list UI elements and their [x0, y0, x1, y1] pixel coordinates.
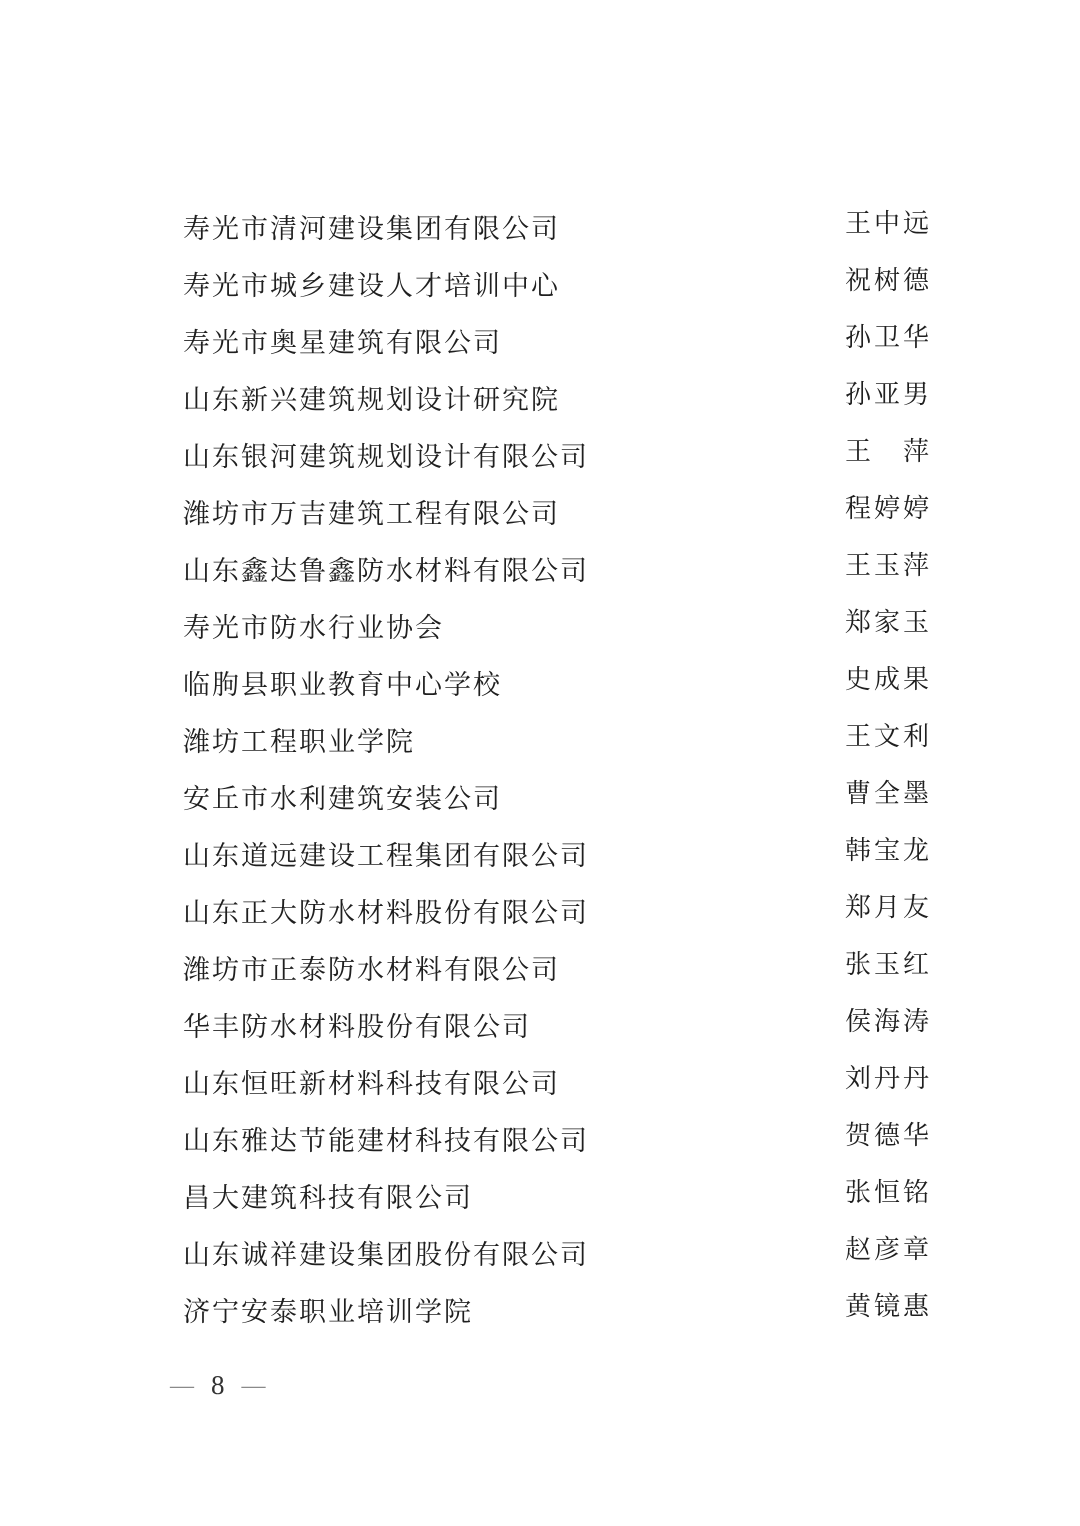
page-number: 8 — [211, 1372, 225, 1399]
list-row: 华丰防水材料股份有限公司 侯海涛 — [183, 996, 955, 1053]
organization-name: 山东雅达节能建材科技有限公司 — [183, 1119, 589, 1158]
organization-name: 山东银河建筑规划设计有限公司 — [183, 435, 589, 474]
organization-name: 山东恒旺新材料科技有限公司 — [183, 1062, 560, 1101]
person-name: 王 萍 — [845, 431, 955, 468]
organization-name: 安丘市水利建筑安装公司 — [183, 777, 502, 816]
person-name: 孙卫华 — [845, 317, 955, 354]
recognition-list: 寿光市清河建设集团有限公司 王中远 寿光市城乡建设人才培训中心 祝树德 寿光市奥… — [183, 198, 955, 1338]
list-row: 潍坊市万吉建筑工程有限公司 程婷婷 — [183, 483, 955, 540]
person-name: 张玉红 — [845, 944, 955, 981]
person-name: 张恒铭 — [845, 1172, 955, 1209]
list-row: 山东雅达节能建材科技有限公司 贺德华 — [183, 1110, 955, 1167]
person-name: 刘丹丹 — [845, 1058, 955, 1095]
list-row: 寿光市城乡建设人才培训中心 祝树德 — [183, 255, 955, 312]
person-name: 韩宝龙 — [845, 830, 955, 867]
list-row: 潍坊市正泰防水材料有限公司 张玉红 — [183, 939, 955, 996]
organization-name: 潍坊市万吉建筑工程有限公司 — [183, 492, 560, 531]
organization-name: 山东道远建设工程集团有限公司 — [183, 834, 589, 873]
list-row: 潍坊工程职业学院 王文利 — [183, 711, 955, 768]
person-name: 赵彦章 — [845, 1229, 955, 1266]
organization-name: 山东鑫达鲁鑫防水材料有限公司 — [183, 549, 589, 588]
list-row: 山东新兴建筑规划设计研究院 孙亚男 — [183, 369, 955, 426]
organization-name: 山东诚祥建设集团股份有限公司 — [183, 1233, 589, 1272]
organization-name: 山东新兴建筑规划设计研究院 — [183, 378, 560, 417]
person-name: 王中远 — [845, 203, 955, 240]
organization-name: 寿光市防水行业协会 — [183, 606, 444, 645]
person-name: 黄镜惠 — [845, 1286, 955, 1323]
list-row: 寿光市清河建设集团有限公司 王中远 — [183, 198, 955, 255]
list-row: 安丘市水利建筑安装公司 曹全墨 — [183, 768, 955, 825]
person-name: 贺德华 — [845, 1115, 955, 1152]
list-row: 山东鑫达鲁鑫防水材料有限公司 王玉萍 — [183, 540, 955, 597]
list-row: 山东道远建设工程集团有限公司 韩宝龙 — [183, 825, 955, 882]
list-row: 山东恒旺新材料科技有限公司 刘丹丹 — [183, 1053, 955, 1110]
footer-dash-left: — — [170, 1374, 194, 1398]
list-row: 山东诚祥建设集团股份有限公司 赵彦章 — [183, 1224, 955, 1281]
organization-name: 寿光市城乡建设人才培训中心 — [183, 264, 560, 303]
person-name: 王文利 — [845, 716, 955, 753]
person-name: 郑月友 — [845, 887, 955, 924]
organization-name: 济宁安泰职业培训学院 — [183, 1290, 473, 1329]
person-name: 侯海涛 — [845, 1001, 955, 1038]
list-row: 寿光市防水行业协会 郑家玉 — [183, 597, 955, 654]
person-name: 程婷婷 — [845, 488, 955, 525]
organization-name: 昌大建筑科技有限公司 — [183, 1176, 473, 1215]
organization-name: 潍坊工程职业学院 — [183, 720, 415, 759]
organization-name: 山东正大防水材料股份有限公司 — [183, 891, 589, 930]
person-name: 孙亚男 — [845, 374, 955, 411]
list-row: 昌大建筑科技有限公司 张恒铭 — [183, 1167, 955, 1224]
list-row: 山东正大防水材料股份有限公司 郑月友 — [183, 882, 955, 939]
list-row: 山东银河建筑规划设计有限公司 王 萍 — [183, 426, 955, 483]
document-page: 寿光市清河建设集团有限公司 王中远 寿光市城乡建设人才培训中心 祝树德 寿光市奥… — [0, 0, 1080, 1526]
page-footer: — 8 — — [170, 1372, 266, 1399]
organization-name: 临朐县职业教育中心学校 — [183, 663, 502, 702]
person-name: 郑家玉 — [845, 602, 955, 639]
person-name: 王玉萍 — [845, 545, 955, 582]
footer-dash-right: — — [242, 1374, 266, 1398]
organization-name: 寿光市奥星建筑有限公司 — [183, 321, 502, 360]
organization-name: 潍坊市正泰防水材料有限公司 — [183, 948, 560, 987]
person-name: 曹全墨 — [845, 773, 955, 810]
person-name: 史成果 — [845, 659, 955, 696]
person-name: 祝树德 — [845, 260, 955, 297]
organization-name: 寿光市清河建设集团有限公司 — [183, 207, 560, 246]
list-row: 济宁安泰职业培训学院 黄镜惠 — [183, 1281, 955, 1338]
organization-name: 华丰防水材料股份有限公司 — [183, 1005, 531, 1044]
list-row: 寿光市奥星建筑有限公司 孙卫华 — [183, 312, 955, 369]
list-row: 临朐县职业教育中心学校 史成果 — [183, 654, 955, 711]
